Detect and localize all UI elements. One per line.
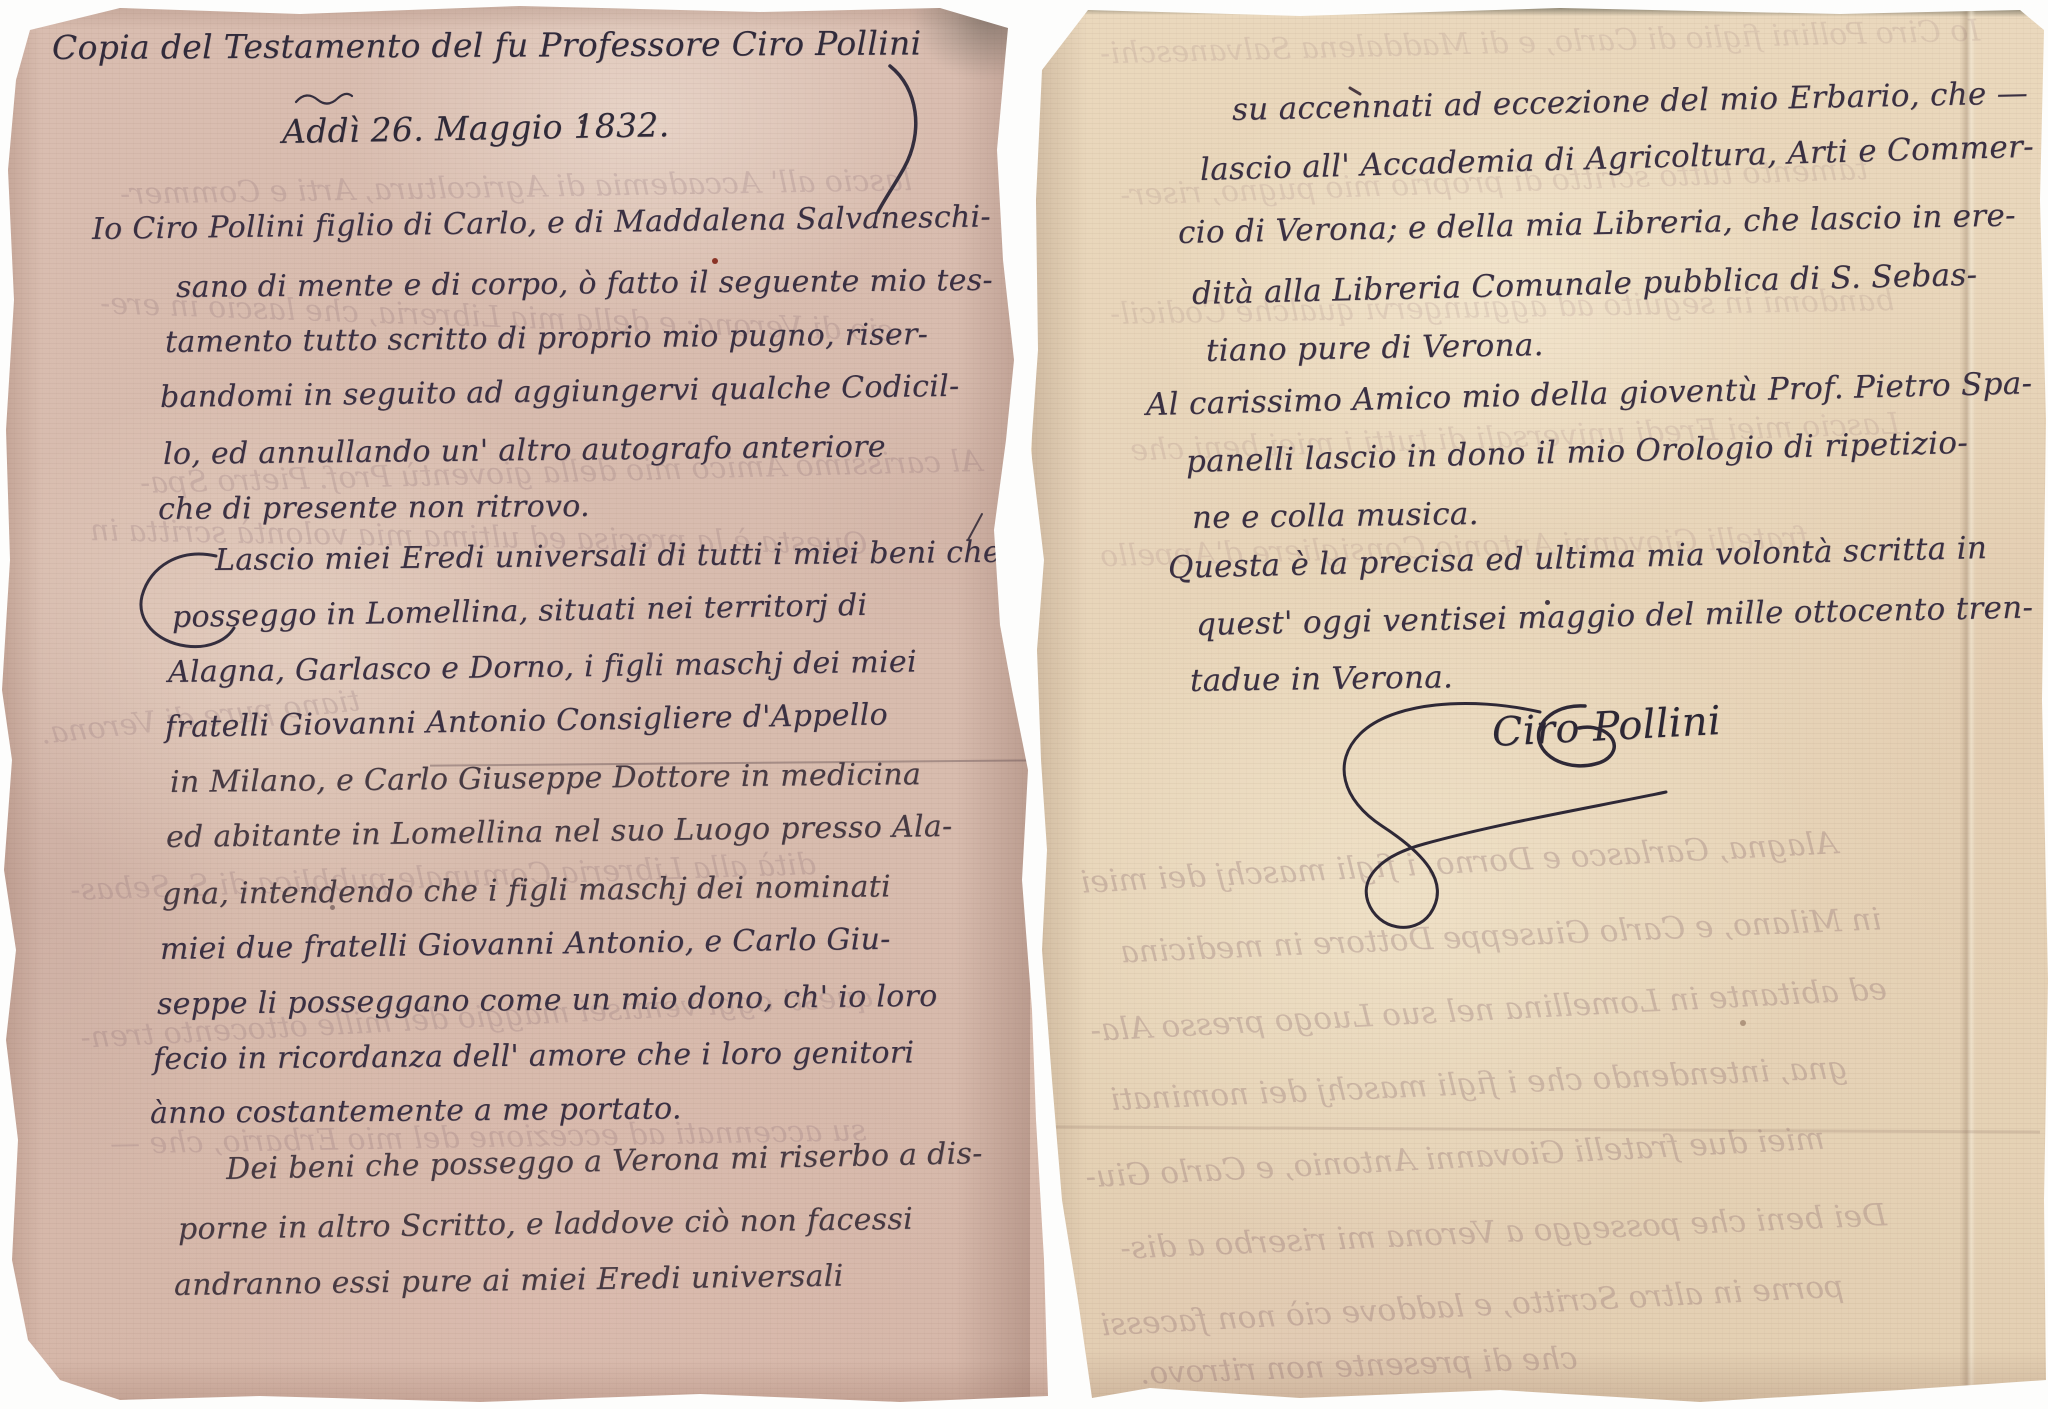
handwritten-line: posseggo in Lomellina, situati nei terri… — [172, 588, 868, 635]
handwritten-line: ne e colla musica. — [1192, 496, 1479, 536]
ink-bleedthrough-line: porne in altro Scritto, e laddove ciò no… — [1100, 1269, 1845, 1344]
handwritten-line: bandomi in seguito ad aggiungervi qualch… — [160, 369, 960, 415]
handwritten-line: tiano pure di Verona. — [1206, 327, 1544, 369]
handwritten-line: tamento tutto scritto di proprio mio pug… — [165, 317, 928, 360]
ink-bleedthrough-line: gna, intendendo che i figli maschj dei n… — [1110, 1050, 1849, 1118]
ink-bleedthrough-line: ed abitante in Lomellina nel suo Luogo p… — [1090, 971, 1888, 1049]
ink-bleedthrough-line: in Milano, e Carlo Giuseppe Dottore in m… — [1120, 901, 1882, 970]
ink-bleedthrough-line: Io Ciro Pollini figlio di Carlo, e di Ma… — [1100, 13, 1981, 71]
handwritten-line: Al carissimo Amico mio della gioventù Pr… — [1146, 365, 2033, 423]
handwritten-line: fecio in ricordanza dell' amore che i lo… — [153, 1035, 915, 1077]
handwritten-line: Questa è la precisa ed ultima mia volont… — [1168, 530, 1988, 586]
handwritten-line: porne in altro Scritto, e laddove ciò no… — [178, 1202, 913, 1247]
handwritten-line: lo, ed annullando un' altro autografo an… — [163, 429, 886, 472]
handwritten-line: fratelli Giovanni Antonio Consigliere d'… — [165, 697, 889, 745]
edge-shading — [0, 0, 42, 1409]
handwritten-line: tadue in Verona. — [1190, 659, 1454, 699]
handwritten-line: Alagna, Garlasco e Dorno, i figli maschj… — [168, 645, 917, 690]
ink-bleedthrough-line: miei due fratelli Giovanni Antonio, e Ca… — [1085, 1121, 1826, 1196]
handwritten-line: panelli lascio in dono il mio Orologio d… — [1186, 425, 1969, 480]
ink-speck — [1740, 1020, 1746, 1026]
handwritten-line: gna, intendendo che i figli maschj dei n… — [162, 869, 891, 912]
handwritten-line: ànno costantemente a me portato. — [150, 1091, 682, 1131]
handwritten-line: seppe li posseggano come un mio dono, ch… — [157, 979, 938, 1022]
handwritten-line: Io Ciro Pollini figlio di Carlo, e di Ma… — [92, 199, 991, 247]
handwritten-line: Dei beni che posseggo a Verona mi riserb… — [226, 1136, 983, 1187]
torn-corner-smudge — [910, 0, 1040, 80]
handwritten-line: sano di mente e di corpo, ò fatto il seg… — [176, 263, 993, 305]
handwritten-line: ed abitante in Lomellina nel suo Luogo p… — [166, 809, 953, 855]
document-title-line: Copia del Testamento del fu Professore C… — [52, 23, 922, 67]
ink-bleedthrough-line: Dei beni che posseggo a Verona mi riserb… — [1120, 1197, 1888, 1266]
handwritten-line: cio di Verona; e della mia Libreria, che… — [1178, 197, 2017, 251]
edge-shading — [1032, 1350, 2048, 1405]
date-tilde-flourish — [296, 94, 352, 104]
handwritten-line: dità alla Libreria Comunale pubblica di … — [1192, 257, 1978, 312]
crease-horizontal — [1050, 1125, 2040, 1133]
signature: Ciro Pollini — [1491, 698, 1722, 756]
handwritten-line: in Milano, e Carlo Giuseppe Dottore in m… — [170, 757, 921, 800]
ink-bleedthrough-line: che di presente non ritrovo. — [1140, 1340, 1579, 1391]
ink-speck — [712, 258, 718, 264]
handwritten-line: Lascio miei Eredi universali di tutti i … — [215, 535, 1001, 578]
manuscript-scan: lascio all' Accademia di Agricoltura, Ar… — [0, 0, 2048, 1409]
date-line: Addì 26. Maggio 1832. — [282, 105, 670, 151]
handwritten-line: su accennati ad eccezione del mio Erbari… — [1232, 75, 2029, 128]
handwritten-line: miei due fratelli Giovanni Antonio, e Ca… — [160, 922, 891, 967]
handwritten-line: che di presente non ritrovo. — [158, 489, 590, 527]
handwritten-line: quest' oggi ventisei maggio del mille ot… — [1196, 589, 2034, 643]
handwritten-line: lascio all' Accademia di Agricoltura, Ar… — [1199, 129, 2034, 188]
header-flourish — [878, 66, 916, 212]
ink-bleedthrough-line: Alagna, Garlasco e Dorno, i figli maschj… — [1080, 825, 1839, 901]
fold-line-top — [1046, 7, 2030, 18]
handwritten-line: andranno essi pure ai miei Eredi univers… — [174, 1259, 844, 1303]
